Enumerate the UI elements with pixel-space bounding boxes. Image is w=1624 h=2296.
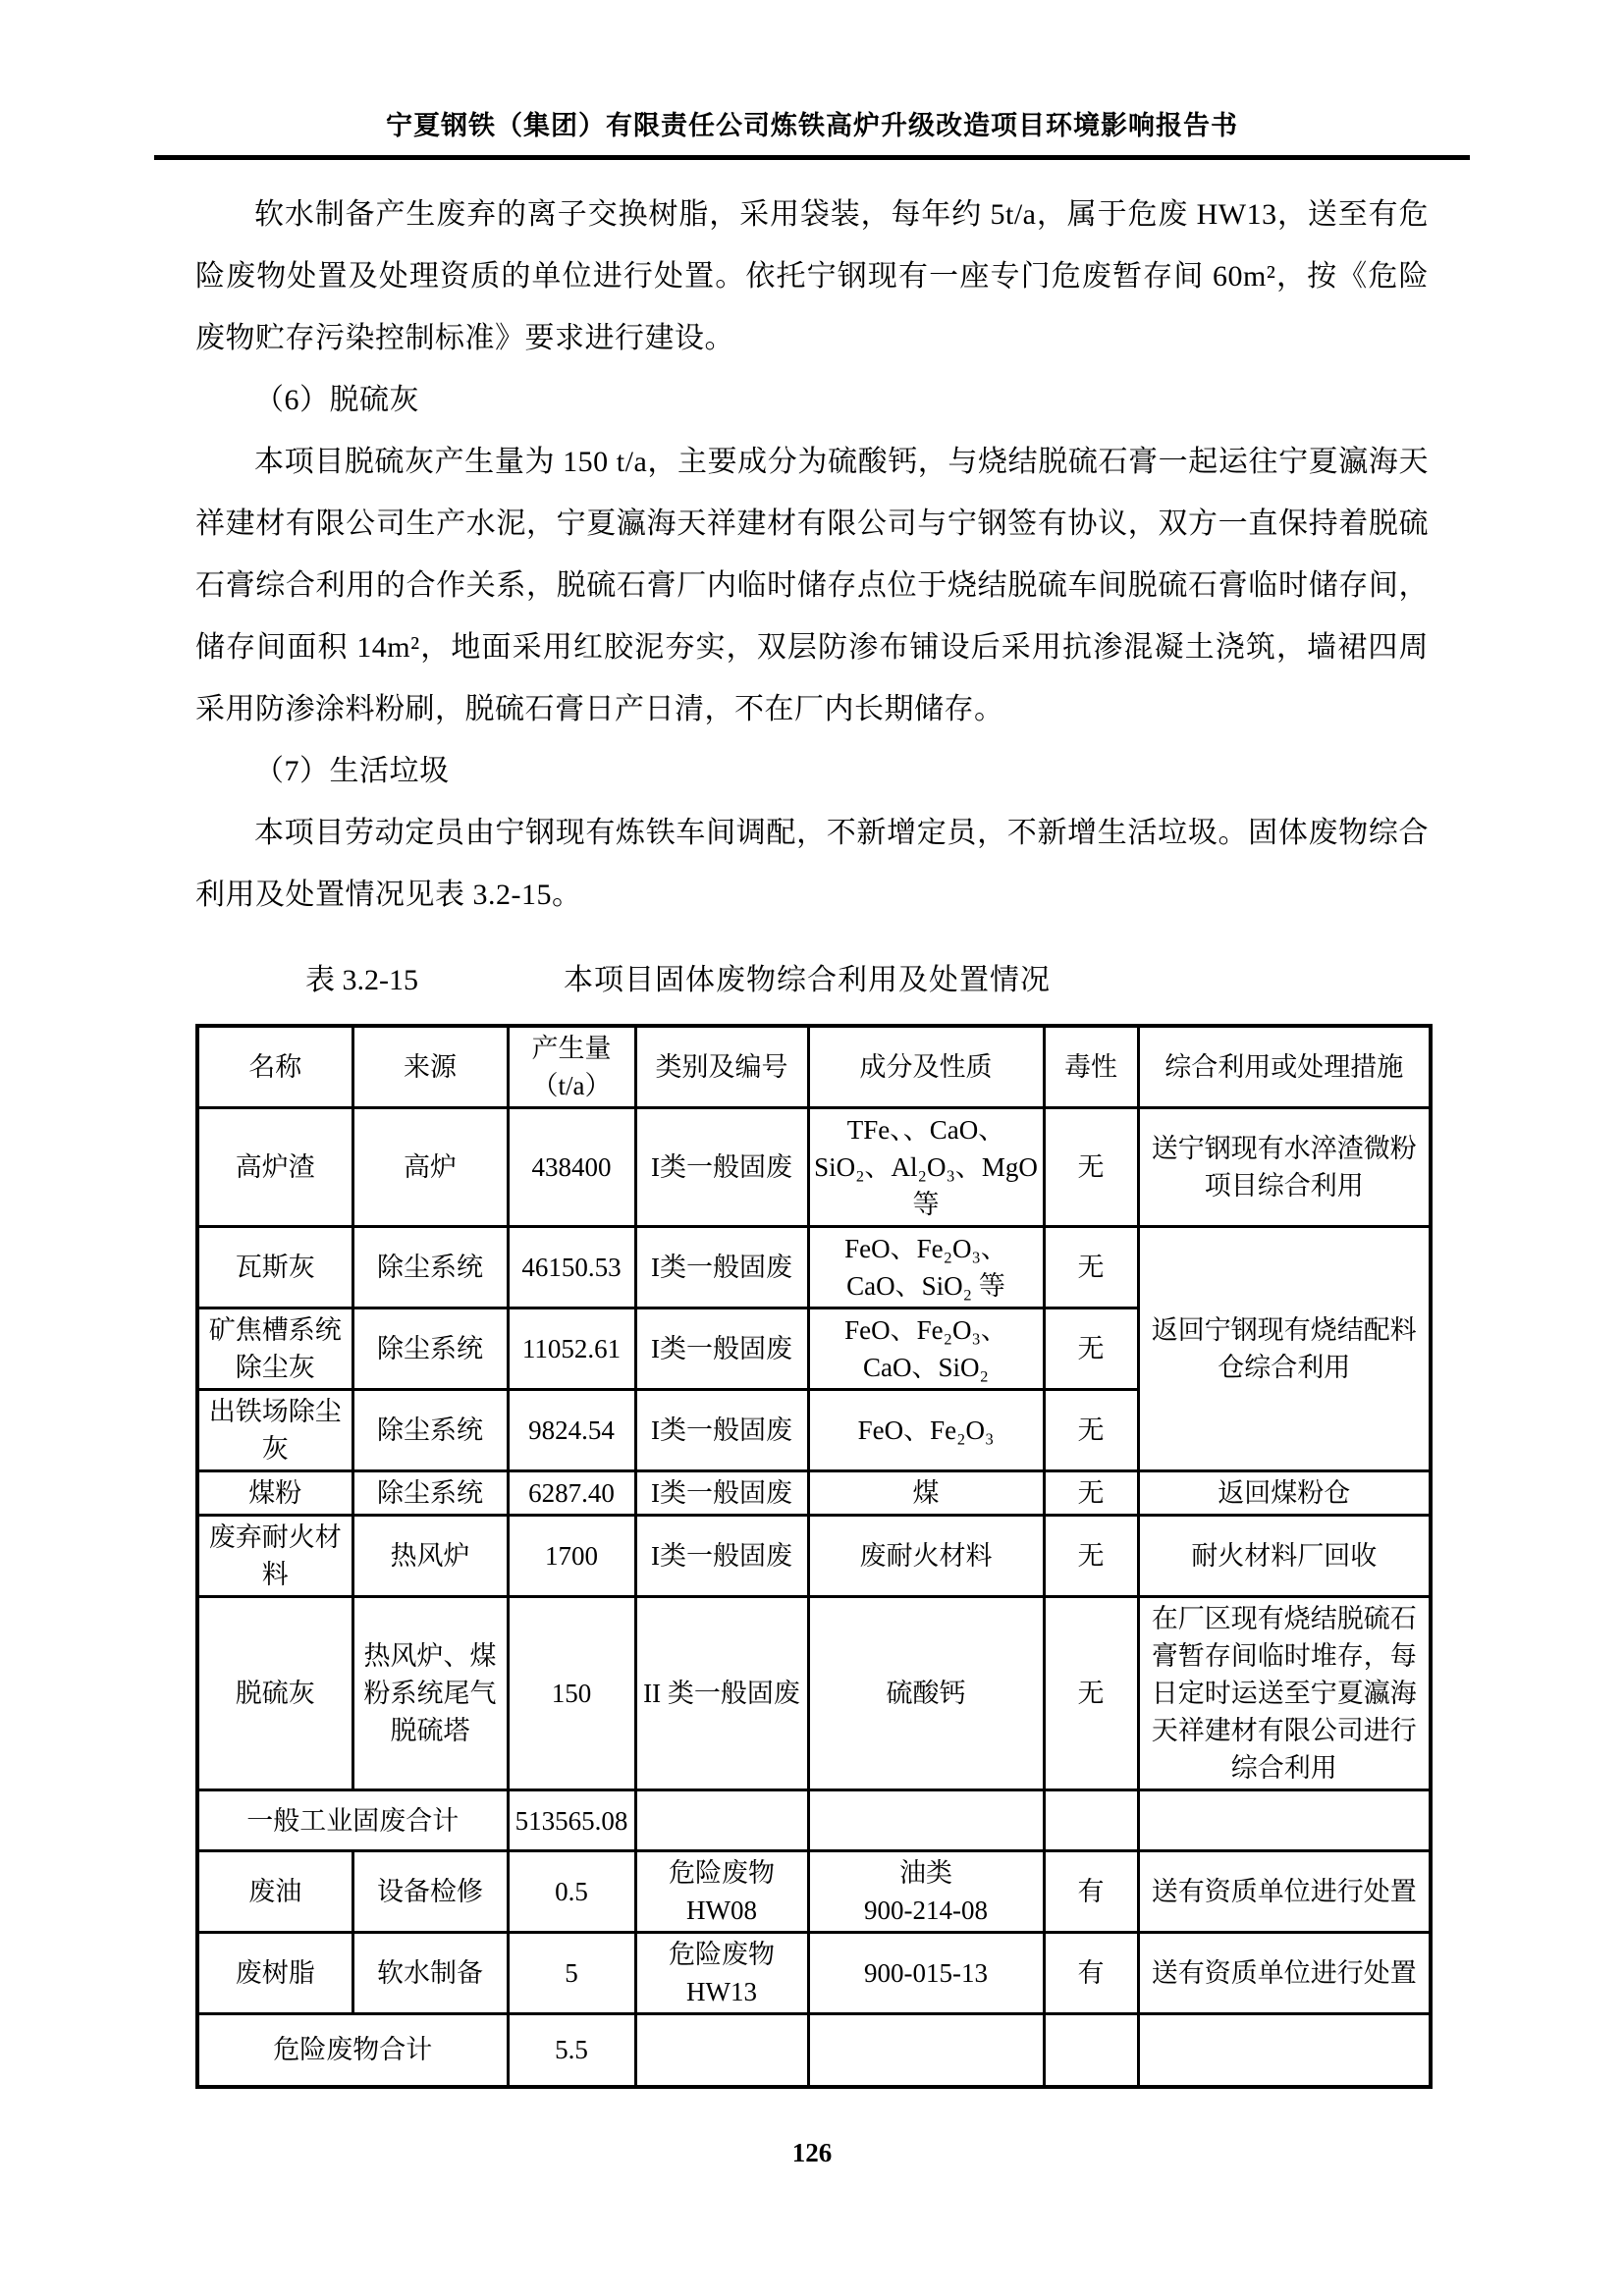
table-row: 瓦斯灰 除尘系统 46150.53 I类一般固废 FeO、Fe₂O₃、CaO、S… [197,1227,1431,1308]
cell-composition: 硫酸钙 [808,1597,1044,1790]
cell-amount: 9824.54 [508,1390,635,1471]
cell-toxicity: 无 [1044,1227,1138,1308]
cell-amount: 6287.40 [508,1471,635,1516]
table-caption-title: 本项目固体废物综合利用及处置情况 [564,955,1051,998]
cell-source: 除尘系统 [352,1390,508,1471]
section-heading-6: （6）脱硫灰 [195,369,1429,431]
cell-category: II 类一般固废 [635,1597,808,1790]
cell-name: 脱硫灰 [197,1597,352,1790]
cell-name: 高炉渣 [197,1108,352,1227]
table-row: 废油 设备检修 0.5 危险废物 HW08 油类 900-214-08 有 送有… [197,1851,1431,1933]
cell-toxicity: 无 [1044,1390,1138,1471]
cell-category: I类一般固废 [635,1108,808,1227]
cell-category: I类一般固废 [635,1390,808,1471]
table-row: 高炉渣 高炉 438400 I类一般固废 TFe、、CaO、SiO₂、Al₂O₃… [197,1108,1431,1227]
cell-name: 煤粉 [197,1471,352,1516]
header-divider [154,155,1470,160]
cell-composition: FeO、Fe₂O₃、CaO、SiO₂ [808,1308,1044,1390]
cell-category: 危险废物 HW08 [635,1851,808,1933]
cell-source: 软水制备 [352,1933,508,2014]
cell-amount: 5.5 [508,2014,635,2087]
table-row: 脱硫灰 热风炉、煤粉系统尾气脱硫塔 150 II 类一般固废 硫酸钙 无 在厂区… [197,1597,1431,1790]
cell-source: 除尘系统 [352,1227,508,1308]
cell-name: 出铁场除尘灰 [197,1390,352,1471]
cell-toxicity: 无 [1044,1308,1138,1390]
table-row-subtotal: 危险废物合计 5.5 [197,2014,1431,2087]
cell-disposal-merged: 返回宁钢现有烧结配料仓综合利用 [1138,1227,1431,1471]
page-header: 宁夏钢铁（集团）有限责任公司炼铁高炉升级改造项目环境影响报告书 [0,0,1624,160]
cell-source: 高炉 [352,1108,508,1227]
cell-source: 除尘系统 [352,1471,508,1516]
cell-category: 危险废物 HW13 [635,1933,808,2014]
cell-composition: FeO、Fe₂O₃ [808,1390,1044,1471]
cell-disposal [1138,1790,1431,1851]
cell-composition [808,2014,1044,2087]
document-page: 宁夏钢铁（集团）有限责任公司炼铁高炉升级改造项目环境影响报告书 软水制备产生废弃… [0,0,1624,2296]
cell-amount: 46150.53 [508,1227,635,1308]
cell-source: 设备检修 [352,1851,508,1933]
cell-name: 瓦斯灰 [197,1227,352,1308]
cell-name: 废油 [197,1851,352,1933]
table-row: 废树脂 软水制备 5 危险废物 HW13 900-015-13 有 送有资质单位… [197,1933,1431,2014]
cell-toxicity: 无 [1044,1597,1138,1790]
cell-amount: 438400 [508,1108,635,1227]
table-caption: 表 3.2-15 本项目固体废物综合利用及处置情况 [195,955,1429,998]
column-header-category: 类别及编号 [635,1026,808,1108]
cell-amount: 150 [508,1597,635,1790]
cell-disposal: 送有资质单位进行处置 [1138,1933,1431,2014]
cell-subtotal-label: 危险废物合计 [197,2014,508,2087]
cell-subtotal-label: 一般工业固废合计 [197,1790,508,1851]
cell-composition: FeO、Fe₂O₃、CaO、SiO₂ 等 [808,1227,1044,1308]
cell-name: 废树脂 [197,1933,352,2014]
body-paragraph: 本项目脱硫灰产生量为 150 t/a，主要成分为硫酸钙，与烧结脱硫石膏一起运往宁… [195,431,1429,740]
table-caption-label: 表 3.2-15 [305,955,418,998]
report-title: 宁夏钢铁（集团）有限责任公司炼铁高炉升级改造项目环境影响报告书 [0,104,1624,142]
cell-amount: 5 [508,1933,635,2014]
cell-name: 矿焦槽系统除尘灰 [197,1308,352,1390]
section-heading-7: （7）生活垃圾 [195,740,1429,802]
cell-composition: 900-015-13 [808,1933,1044,2014]
column-header-disposal: 综合利用或处理措施 [1138,1026,1431,1108]
cell-category: I类一般固废 [635,1308,808,1390]
cell-category: I类一般固废 [635,1471,808,1516]
cell-amount: 11052.61 [508,1308,635,1390]
table-header-row: 名称 来源 产生量 （t/a） 类别及编号 成分及性质 毒性 综合利用或处理措施 [197,1026,1431,1108]
cell-disposal [1138,2014,1431,2087]
cell-name: 废弃耐火材料 [197,1516,352,1597]
cell-disposal: 在厂区现有烧结脱硫石膏暂存间临时堆存，每日定时运送至宁夏瀛海天祥建材有限公司进行… [1138,1597,1431,1790]
cell-category [635,1790,808,1851]
cell-composition: 油类 900-214-08 [808,1851,1044,1933]
cell-composition: 废耐火材料 [808,1516,1044,1597]
cell-disposal: 返回煤粉仓 [1138,1471,1431,1516]
cell-toxicity: 无 [1044,1471,1138,1516]
body-content: 软水制备产生废弃的离子交换树脂，采用袋装，每年约 5t/a，属于危废 HW13，… [195,184,1429,2089]
cell-toxicity [1044,1790,1138,1851]
cell-source: 除尘系统 [352,1308,508,1390]
cell-disposal: 耐火材料厂回收 [1138,1516,1431,1597]
cell-disposal: 送有资质单位进行处置 [1138,1851,1431,1933]
cell-amount: 0.5 [508,1851,635,1933]
cell-toxicity: 有 [1044,1851,1138,1933]
body-paragraph: 本项目劳动定员由宁钢现有炼铁车间调配，不新增定员，不新增生活垃圾。固体废物综合利… [195,802,1429,926]
table-row: 废弃耐火材料 热风炉 1700 I类一般固废 废耐火材料 无 耐火材料厂回收 [197,1516,1431,1597]
cell-category: I类一般固废 [635,1516,808,1597]
cell-toxicity [1044,2014,1138,2087]
table-row-subtotal: 一般工业固废合计 513565.08 [197,1790,1431,1851]
cell-category [635,2014,808,2087]
page-number: 126 [0,2138,1624,2168]
column-header-source: 来源 [352,1026,508,1108]
cell-amount: 1700 [508,1516,635,1597]
column-header-amount: 产生量 （t/a） [508,1026,635,1108]
cell-amount: 513565.08 [508,1790,635,1851]
cell-composition: 煤 [808,1471,1044,1516]
cell-category: I类一般固废 [635,1227,808,1308]
column-header-composition: 成分及性质 [808,1026,1044,1108]
table-row: 煤粉 除尘系统 6287.40 I类一般固废 煤 无 返回煤粉仓 [197,1471,1431,1516]
cell-composition: TFe、、CaO、SiO₂、Al₂O₃、MgO 等 [808,1108,1044,1227]
cell-toxicity: 无 [1044,1108,1138,1227]
cell-disposal: 送宁钢现有水淬渣微粉项目综合利用 [1138,1108,1431,1227]
cell-toxicity: 无 [1044,1516,1138,1597]
body-paragraph: 软水制备产生废弃的离子交换树脂，采用袋装，每年约 5t/a，属于危废 HW13，… [195,184,1429,369]
cell-toxicity: 有 [1044,1933,1138,2014]
cell-source: 热风炉 [352,1516,508,1597]
column-header-name: 名称 [197,1026,352,1108]
cell-source: 热风炉、煤粉系统尾气脱硫塔 [352,1597,508,1790]
column-header-toxicity: 毒性 [1044,1026,1138,1108]
cell-composition [808,1790,1044,1851]
solid-waste-table: 名称 来源 产生量 （t/a） 类别及编号 成分及性质 毒性 综合利用或处理措施… [195,1024,1433,2089]
